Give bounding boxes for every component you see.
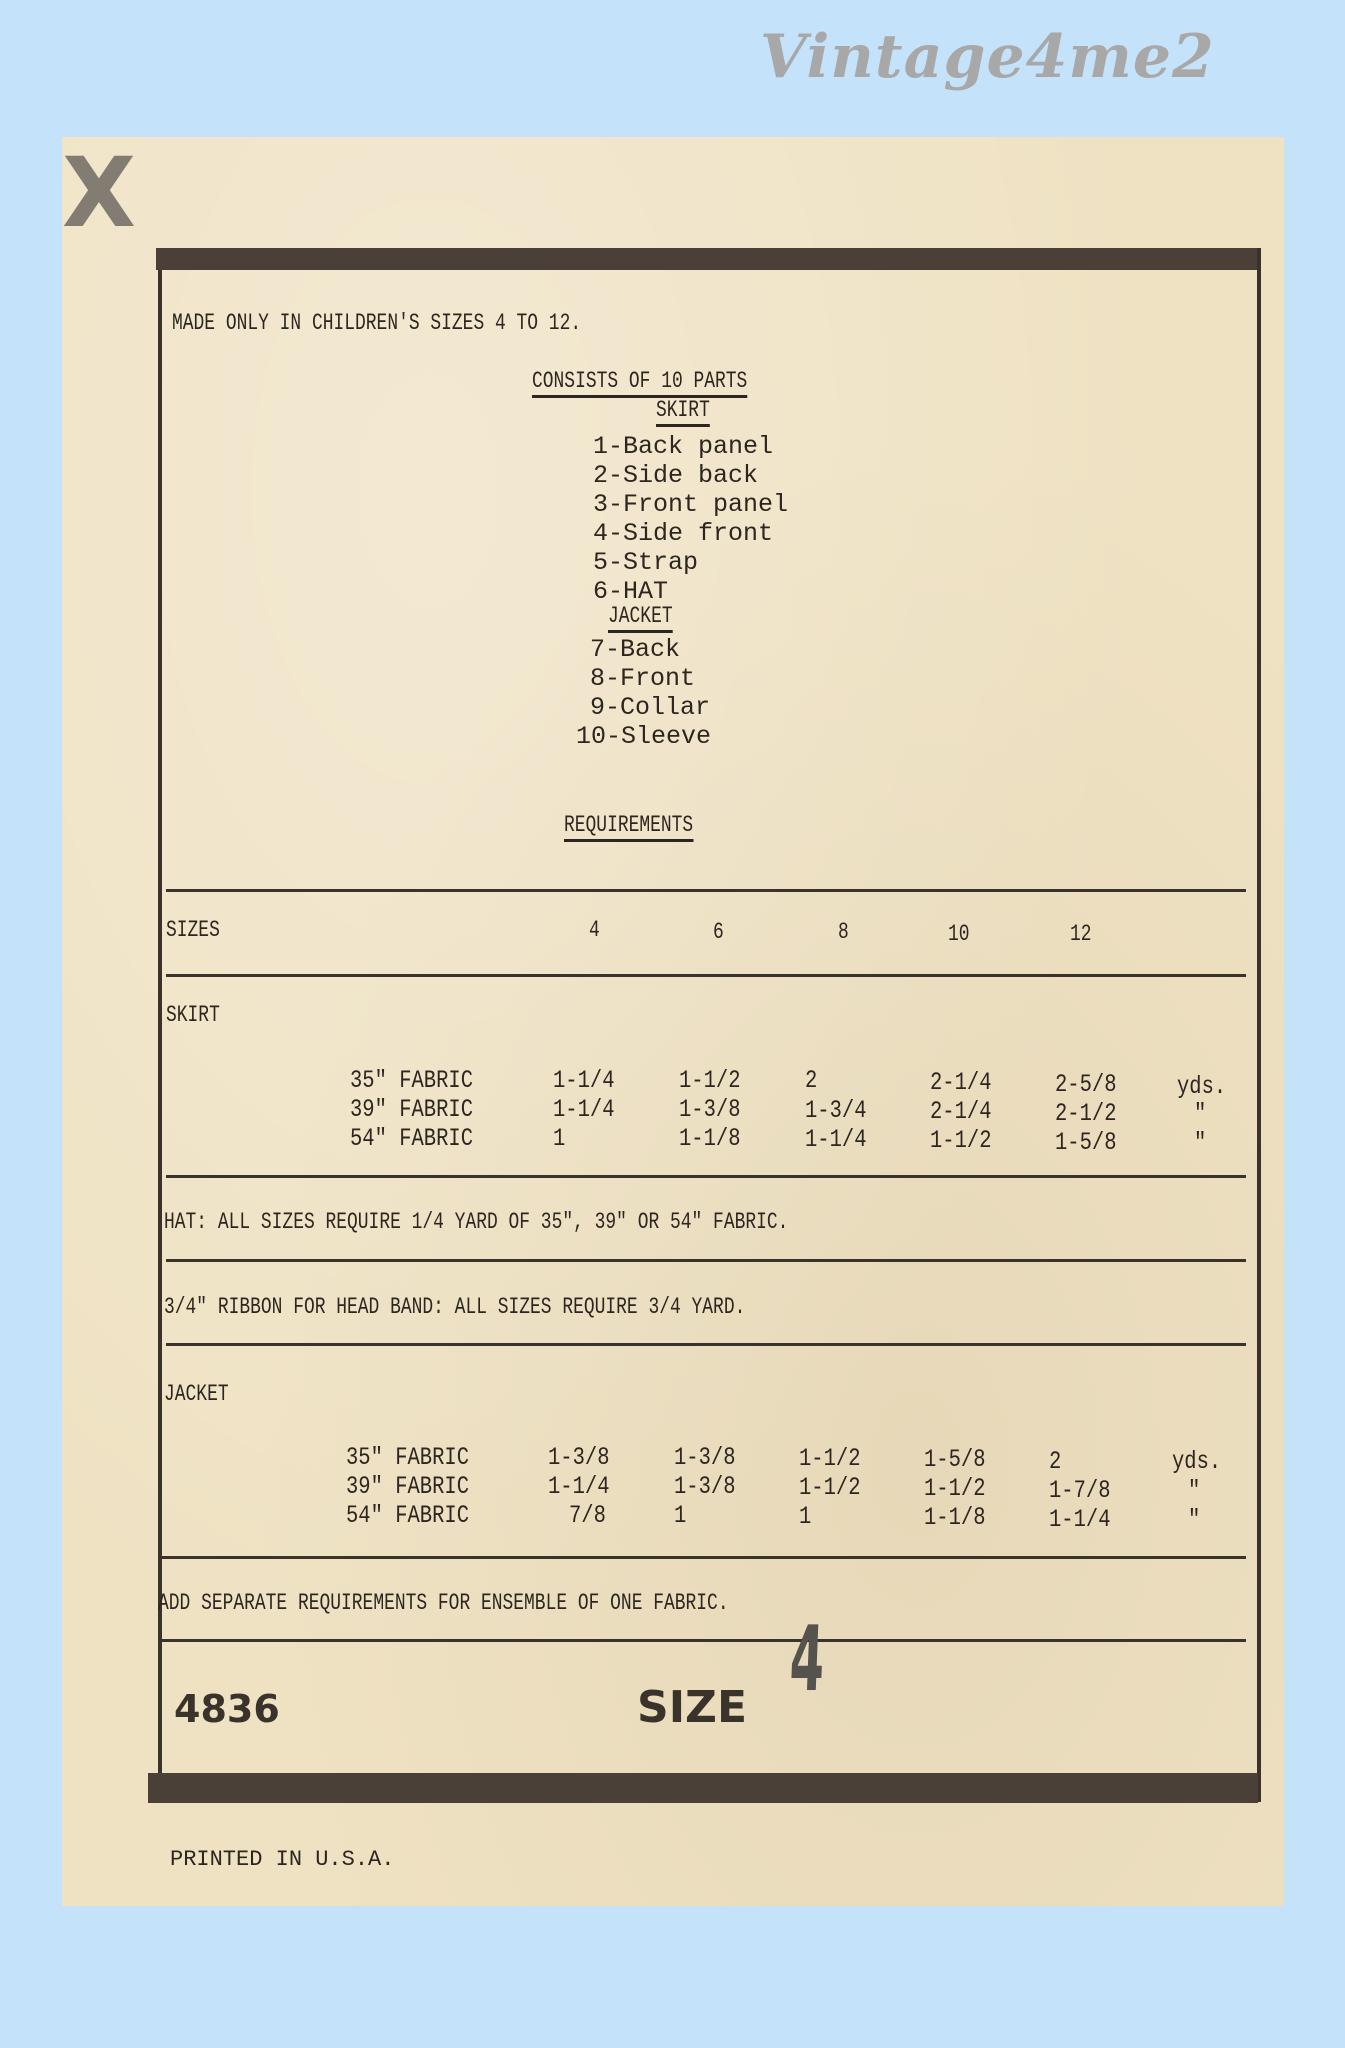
yardage-cell: 1-5/8	[1055, 1128, 1117, 1157]
fabric-width: 54" FABRIC	[346, 1501, 469, 1530]
x-mark: X	[62, 145, 136, 241]
sizes-label: SIZES	[166, 919, 220, 942]
size-label: SIZE	[637, 1682, 747, 1733]
hat-note: HAT: ALL SIZES REQUIRE 1/4 YARD OF 35", …	[164, 1211, 788, 1234]
part-item: 7-Back	[590, 635, 680, 664]
size-header: 12	[1070, 923, 1092, 946]
size-header: 8	[838, 921, 849, 944]
unit-label: "	[1188, 1505, 1200, 1534]
yardage-cell: 2-1/4	[930, 1097, 992, 1126]
yardage-cell: 1-1/4	[1049, 1505, 1111, 1534]
yardage-cell: 1-5/8	[924, 1445, 986, 1474]
part-item: 6-HAT	[593, 577, 668, 606]
part-item: 10-Sleeve	[576, 722, 711, 751]
yardage-cell: 1-1/2	[924, 1474, 986, 1503]
skirt-parts-heading: SKIRT	[656, 399, 710, 427]
part-item: 8-Front	[590, 664, 695, 693]
yardage-cell: 1-3/4	[805, 1096, 867, 1125]
unit-label: yds.	[1177, 1072, 1226, 1101]
yardage-cell: 1	[553, 1124, 565, 1153]
yardage-cell: 1-1/2	[799, 1473, 861, 1502]
divider	[166, 889, 1246, 892]
yardage-cell: 1-1/2	[930, 1126, 992, 1155]
pattern-number: 4836	[174, 1687, 280, 1731]
yardage-cell: 1-3/8	[674, 1443, 736, 1472]
fabric-width: 54" FABRIC	[350, 1124, 473, 1153]
watermark: Vintage4me2	[760, 22, 1215, 92]
yardage-cell: 1-3/8	[679, 1095, 741, 1124]
divider	[166, 974, 1246, 977]
yardage-cell: 1	[674, 1501, 686, 1530]
fabric-width: 35" FABRIC	[350, 1066, 473, 1095]
yardage-cell: 2-1/4	[930, 1068, 992, 1097]
part-item: 3-Front panel	[593, 490, 788, 519]
divider	[160, 1639, 1246, 1642]
yardage-cell: 1-7/8	[1049, 1476, 1111, 1505]
requirements-heading: REQUIREMENTS	[564, 814, 693, 842]
unit-label: "	[1194, 1099, 1206, 1128]
parts-heading: CONSISTS OF 10 PARTS	[532, 370, 747, 398]
unit-label: "	[1194, 1128, 1206, 1157]
ensemble-note: ADD SEPARATE REQUIREMENTS FOR ENSEMBLE O…	[158, 1592, 729, 1615]
part-item: 2-Side back	[593, 461, 758, 490]
yardage-cell: 1-1/2	[799, 1444, 861, 1473]
size-header: 4	[589, 919, 600, 942]
handwritten-size: 4	[788, 1607, 826, 1712]
fabric-width: 39" FABRIC	[350, 1095, 473, 1124]
yardage-cell: 2-1/2	[1055, 1099, 1117, 1128]
frame-bottom-bar	[148, 1773, 1258, 1803]
part-item: 1-Back panel	[593, 432, 773, 461]
yardage-cell: 2	[1049, 1447, 1061, 1476]
jacket-parts-heading: JACKET	[608, 605, 673, 633]
yardage-cell: 1	[799, 1502, 811, 1531]
intro-text: MADE ONLY IN CHILDREN'S SIZES 4 TO 12.	[172, 312, 581, 335]
skirt-section-label: SKIRT	[166, 1004, 220, 1027]
part-item: 9-Collar	[590, 693, 710, 722]
divider	[166, 1259, 1246, 1262]
unit-label: yds.	[1172, 1447, 1221, 1476]
yardage-cell: 1-1/4	[548, 1472, 610, 1501]
pattern-envelope-sheet: X MADE ONLY IN CHILDREN'S SIZES 4 TO 12.…	[62, 137, 1284, 1906]
fabric-width: 39" FABRIC	[346, 1472, 469, 1501]
yardage-cell: 1-3/8	[674, 1472, 736, 1501]
yardage-cell: 1-1/4	[553, 1095, 615, 1124]
part-item: 4-Side front	[593, 519, 773, 548]
yardage-cell: 1-1/2	[679, 1066, 741, 1095]
part-item: 5-Strap	[593, 548, 698, 577]
yardage-cell: 1-1/8	[679, 1124, 741, 1153]
yardage-cell: 1-1/4	[805, 1125, 867, 1154]
yardage-cell: 1-3/8	[548, 1443, 610, 1472]
fabric-width: 35" FABRIC	[346, 1443, 469, 1472]
yardage-cell: 2-5/8	[1055, 1070, 1117, 1099]
ribbon-note: 3/4" RIBBON FOR HEAD BAND: ALL SIZES REQ…	[164, 1296, 745, 1319]
divider	[166, 1343, 1246, 1346]
size-header: 6	[713, 921, 724, 944]
frame-top-bar	[156, 248, 1257, 270]
divider	[160, 1556, 1246, 1559]
yardage-cell: 7/8	[569, 1501, 606, 1530]
yardage-cell: 1-1/8	[924, 1503, 986, 1532]
yardage-cell: 2	[805, 1066, 817, 1095]
size-header: 10	[948, 923, 970, 946]
yardage-cell: 1-1/4	[553, 1066, 615, 1095]
divider	[166, 1175, 1246, 1178]
jacket-section-label: JACKET	[164, 1383, 229, 1406]
unit-label: "	[1188, 1476, 1200, 1505]
printed-in-usa: PRINTED IN U.S.A.	[170, 1849, 394, 1871]
